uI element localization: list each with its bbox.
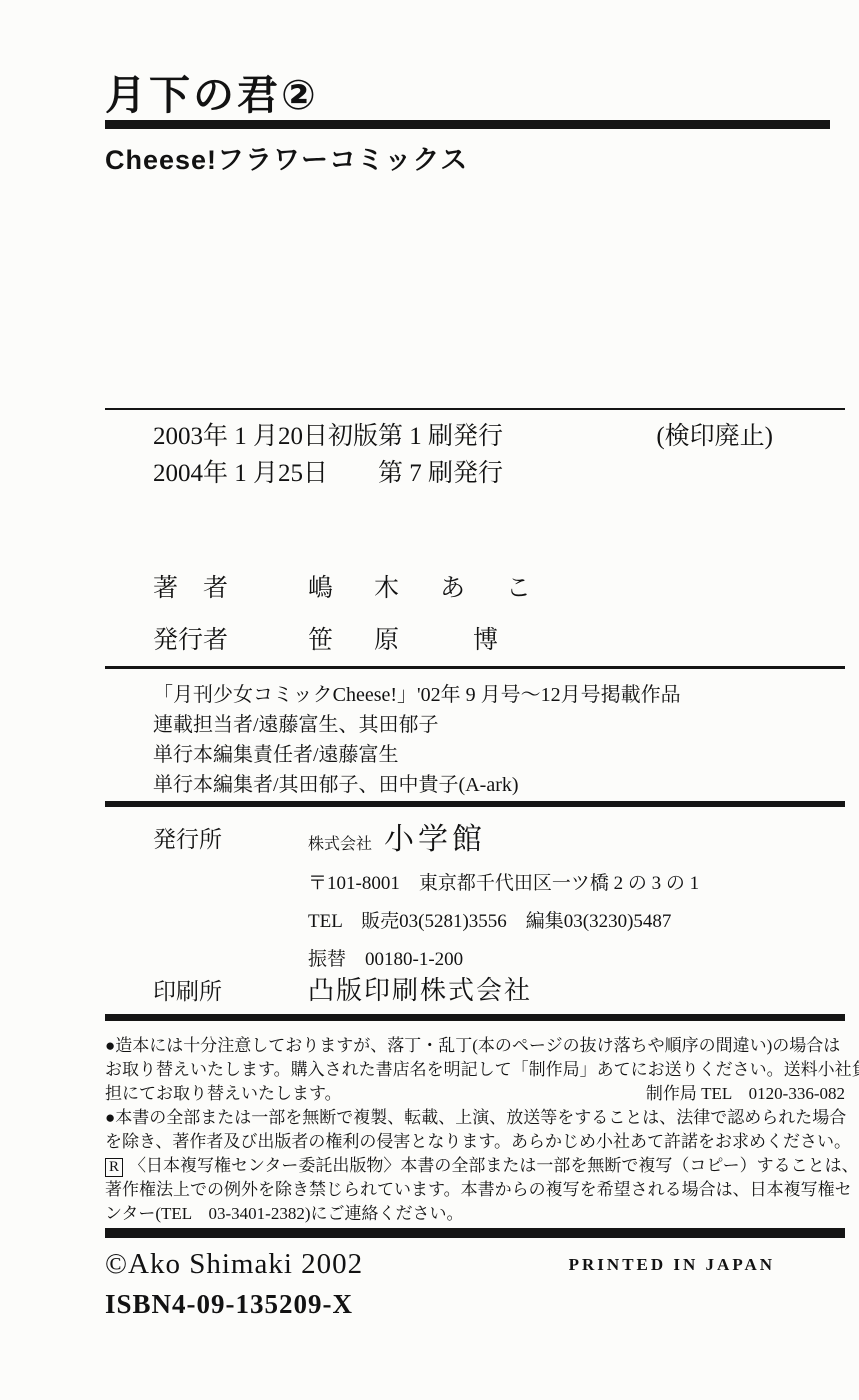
publishing-section: 発行所 株式会社 小学館 〒101-8001 東京都千代田区一ツ橋 2 の 3 … bbox=[105, 820, 845, 979]
publisher-name: 笹 原 博 bbox=[308, 615, 506, 667]
publishing-company-name: 小学館 bbox=[384, 823, 486, 856]
company-prefix: 株式会社 bbox=[308, 836, 372, 853]
legal-section: ●造本には十分注意しておりますが、落丁・乱丁(本のページの抜け落ちや順序の間違い… bbox=[105, 1034, 845, 1226]
author-name: 嶋 木 あ こ bbox=[308, 563, 539, 615]
boxed-r-mark: R bbox=[105, 1158, 123, 1177]
legal-top-rule bbox=[105, 1014, 845, 1021]
publishing-telephone: TEL 販売03(5281)3556 編集03(3230)5487 bbox=[308, 903, 845, 941]
serialization-bottom-rule bbox=[105, 801, 845, 807]
author-label: 著 者 bbox=[153, 563, 308, 615]
binding-notice-line3: 担にてお取り替えいたします。 制作局 TEL 0120-336-082 bbox=[105, 1082, 845, 1106]
footer-section: ©Ako Shimaki 2002 PRINTED IN JAPAN ISBN4… bbox=[105, 1248, 845, 1320]
publishing-row: 発行所 株式会社 小学館 〒101-8001 東京都千代田区一ツ橋 2 の 3 … bbox=[105, 820, 845, 979]
copyright-notice-line1: ●本書の全部または一部を無断で複製、転載、上演、放送等をすることは、法律で認めら… bbox=[105, 1106, 845, 1130]
reproduction-notice-line1-text: 〈日本複写権センター委託出版物〉本書の全部または一部を無断で複写（コピー）するこ… bbox=[129, 1156, 859, 1175]
serialization-source: 「月刊少女コミックCheese!」'02年 9 月号〜12月号掲載作品 bbox=[105, 680, 845, 710]
reproduction-notice-line3: ンター(TEL 03-3401-2382)にご連絡ください。 bbox=[105, 1202, 845, 1226]
reproduction-notice-line2: 著作権法上での例外を除き禁じられています。本書からの複写を希望される場合は、日本… bbox=[105, 1178, 845, 1202]
publishing-details: 株式会社 小学館 〒101-8001 東京都千代田区一ツ橋 2 の 3 の 1 … bbox=[308, 820, 845, 979]
printing-company-name: 凸版印刷株式会社 bbox=[308, 972, 845, 1010]
copyright-row: ©Ako Shimaki 2002 PRINTED IN JAPAN bbox=[105, 1248, 845, 1281]
seventh-printing-date: 2004年 1 月25日 第 7 刷発行 bbox=[153, 455, 503, 492]
inspection-note: (検印廃止) bbox=[656, 418, 773, 455]
printed-in-japan: PRINTED IN JAPAN bbox=[569, 1255, 775, 1275]
author-row: 著 者 嶋 木 あ こ bbox=[105, 563, 845, 615]
publisher-row: 発行者 笹 原 博 bbox=[105, 615, 845, 667]
title-rule bbox=[105, 120, 830, 129]
imprint-label: Cheese!フラワーコミックス bbox=[105, 138, 845, 177]
binding-notice-line2: お取り替えいたします。購入された書店名を明記して「制作局」あてにお送りください。… bbox=[105, 1058, 845, 1082]
copyright-credit: ©Ako Shimaki 2002 bbox=[105, 1248, 363, 1281]
printing-label: 印刷所 bbox=[153, 972, 308, 1012]
seventh-printing-row: 2004年 1 月25日 第 7 刷発行 bbox=[105, 455, 845, 492]
volume-chief-editor: 単行本編集責任者/遠藤富生 bbox=[105, 740, 845, 770]
serial-editors: 連載担当者/遠藤富生、其田郁子 bbox=[105, 710, 845, 740]
book-title: 月下の君② bbox=[105, 62, 845, 121]
first-printing-date: 2003年 1 月20日初版第 1 刷発行 bbox=[153, 418, 503, 455]
binding-notice-line3-text: 担にてお取り替えいたします。 bbox=[105, 1082, 342, 1106]
credits-section: 著 者 嶋 木 あ こ 発行者 笹 原 博 bbox=[105, 563, 845, 667]
serialization-top-rule bbox=[105, 666, 845, 669]
header-section: 月下の君② bbox=[105, 62, 845, 121]
publisher-label: 発行者 bbox=[153, 615, 308, 667]
first-printing-row: 2003年 1 月20日初版第 1 刷発行 (検印廃止) bbox=[105, 418, 845, 455]
printing-section: 印刷所 凸版印刷株式会社 bbox=[105, 972, 845, 1012]
legal-bottom-rule bbox=[105, 1228, 845, 1238]
reproduction-notice-line1: R〈日本複写権センター委託出版物〉本書の全部または一部を無断で複写（コピー）する… bbox=[105, 1154, 845, 1178]
publishing-address: 〒101-8001 東京都千代田区一ツ橋 2 の 3 の 1 bbox=[308, 865, 845, 903]
edition-rule bbox=[105, 408, 845, 410]
volume-editors: 単行本編集者/其田郁子、田中貴子(A-ark) bbox=[105, 770, 845, 800]
imprint-section: Cheese!フラワーコミックス bbox=[105, 138, 845, 177]
colophon-page: 月下の君② Cheese!フラワーコミックス 2003年 1 月20日初版第 1… bbox=[0, 0, 859, 1400]
printing-row: 印刷所 凸版印刷株式会社 bbox=[105, 972, 845, 1012]
publishing-label: 発行所 bbox=[153, 820, 308, 979]
binding-notice-line1: ●造本には十分注意しておりますが、落丁・乱丁(本のページの抜け落ちや順序の間違い… bbox=[105, 1034, 845, 1058]
production-tel: 制作局 TEL 0120-336-082 bbox=[646, 1082, 845, 1106]
publishing-company-line: 株式会社 小学館 bbox=[308, 820, 845, 865]
edition-section: 2003年 1 月20日初版第 1 刷発行 (検印廃止) 2004年 1 月25… bbox=[105, 418, 845, 492]
isbn-number: ISBN4-09-135209-X bbox=[105, 1289, 845, 1320]
serialization-section: 「月刊少女コミックCheese!」'02年 9 月号〜12月号掲載作品 連載担当… bbox=[105, 680, 845, 800]
copyright-notice-line2: を除き、著作者及び出版者の権利の侵害となります。あらかじめ小社あて許諾をお求めく… bbox=[105, 1130, 845, 1154]
